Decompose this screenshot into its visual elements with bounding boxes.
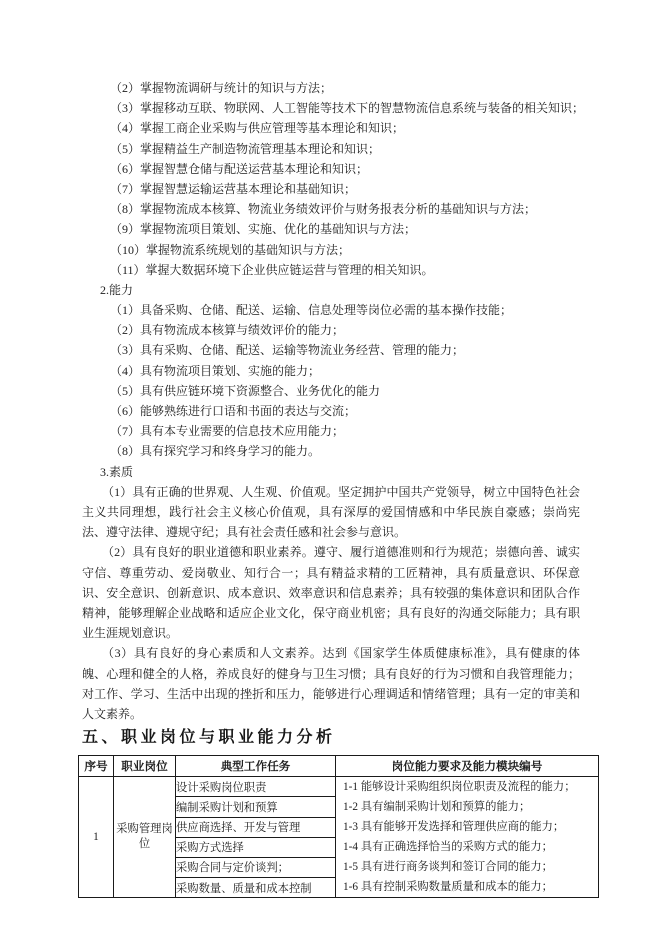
quality-paragraph: （2）具有良好的职业道德和职业素养。遵守、履行道德准则和行为规范；崇德向善、诚实…: [82, 542, 580, 643]
ability-item: （2）具有物流成本核算与绩效评价的能力；: [82, 320, 580, 340]
table-header-task: 典型工作任务: [176, 756, 336, 777]
ability-requirement: 1-1 能够设计采购组织岗位职责及流程的能力；: [336, 777, 598, 797]
ability-item: （8）具有探究学习和终身学习的能力。: [82, 441, 580, 461]
table-cell-task: 采购合同与定价谈判；: [176, 857, 336, 877]
ability-requirement: 1-4 具有正确选择恰当的采购方式的能力；: [336, 837, 598, 857]
table-cell-task: 编制采购计划和预算: [176, 797, 336, 817]
ability-item: （4）具有物流项目策划、实施的能力；: [82, 361, 580, 381]
knowledge-item: （5）掌握精益生产制造物流管理基本理论和知识；: [82, 139, 580, 159]
knowledge-item: （4）掌握工商企业采购与供应管理等基本理论和知识；: [82, 118, 580, 138]
table-header-row: 序号 职业岗位 典型工作任务 岗位能力要求及能力模块编号: [79, 756, 599, 777]
table-row: 1 采购管理岗位 设计采购岗位职责 1-1 能够设计采购组织岗位职责及流程的能力…: [79, 777, 599, 797]
knowledge-item: （7）掌握智慧运输运营基本理论和基础知识；: [82, 179, 580, 199]
knowledge-item: （2）掌握物流调研与统计的知识与方法；: [82, 78, 580, 98]
knowledge-item: （10）掌握物流系统规划的基础知识与方法；: [82, 240, 580, 260]
knowledge-item: （6）掌握智慧仓储与配送运营基本理论和知识；: [82, 159, 580, 179]
section-heading: 五、职业岗位与职业能力分析: [82, 727, 580, 749]
table-cell-task: 供应商选择、开发与管理: [176, 817, 336, 837]
document-page: （2）掌握物流调研与统计的知识与方法； （3）掌握移动互联、物联网、人工智能等技…: [0, 0, 662, 936]
knowledge-item: （9）掌握物流项目策划、实施、优化的基础知识与方法；: [82, 219, 580, 239]
table-header-post: 职业岗位: [114, 756, 176, 777]
quality-paragraph: （3）具有良好的身心素质和人文素养。达到《国家学生体质健康标准》，具有健康的体魄…: [82, 643, 580, 724]
ability-item: （5）具有供应链环境下资源整合、业务优化的能力: [82, 381, 580, 401]
table-cell-task: 采购数量、质量和成本控制: [176, 877, 336, 897]
ability-requirement: 1-3 具有能够开发选择和管理供应商的能力；: [336, 817, 598, 837]
ability-item: （7）具有本专业需要的信息技术应用能力；: [82, 421, 580, 441]
table-cell-post: 采购管理岗位: [114, 777, 176, 898]
table-cell-task: 设计采购岗位职责: [176, 777, 336, 797]
table-cell-row-number: 1: [79, 777, 114, 898]
table-cell-task: 采购方式选择: [176, 837, 336, 857]
ability-requirement: 1-5 具有进行商务谈判和签订合同的能力；: [336, 857, 598, 877]
knowledge-item: （3）掌握移动互联、物联网、人工智能等技术下的智慧物流信息系统与装备的相关知识；: [82, 98, 580, 118]
knowledge-item: （8）掌握物流成本核算、物流业务绩效评价与财务报表分析的基础知识与方法；: [82, 199, 580, 219]
ability-item: （1）具备采购、仓储、配送、运输、信息处理等岗位必需的基本操作技能；: [82, 300, 580, 320]
ability-item: （6）能够熟练进行口语和书面的表达与交流；: [82, 401, 580, 421]
job-analysis-table: 序号 职业岗位 典型工作任务 岗位能力要求及能力模块编号 1 采购管理岗位 设计…: [78, 755, 599, 898]
ability-requirement: 1-6 具有控制采购数量质量和成本的能力；: [336, 877, 598, 897]
table-cell-abilities: 1-1 能够设计采购组织岗位职责及流程的能力； 1-2 具有编制采购计划和预算的…: [336, 777, 599, 898]
table-header-ability: 岗位能力要求及能力模块编号: [336, 756, 599, 777]
ability-requirement: 1-2 具有编制采购计划和预算的能力；: [336, 797, 598, 817]
ability-item: （3）具有采购、仓储、配送、运输等物流业务经营、管理的能力；: [82, 340, 580, 360]
table-header-no: 序号: [79, 756, 114, 777]
quality-paragraph: （1）具有正确的世界观、人生观、价值观。坚定拥护中国共产党领导，树立中国特色社会…: [82, 482, 580, 543]
ability-section-label: 2.能力: [82, 280, 580, 300]
knowledge-item: （11）掌握大数据环境下企业供应链运营与管理的相关知识。: [82, 260, 580, 280]
quality-section-label: 3.素质: [82, 462, 580, 482]
